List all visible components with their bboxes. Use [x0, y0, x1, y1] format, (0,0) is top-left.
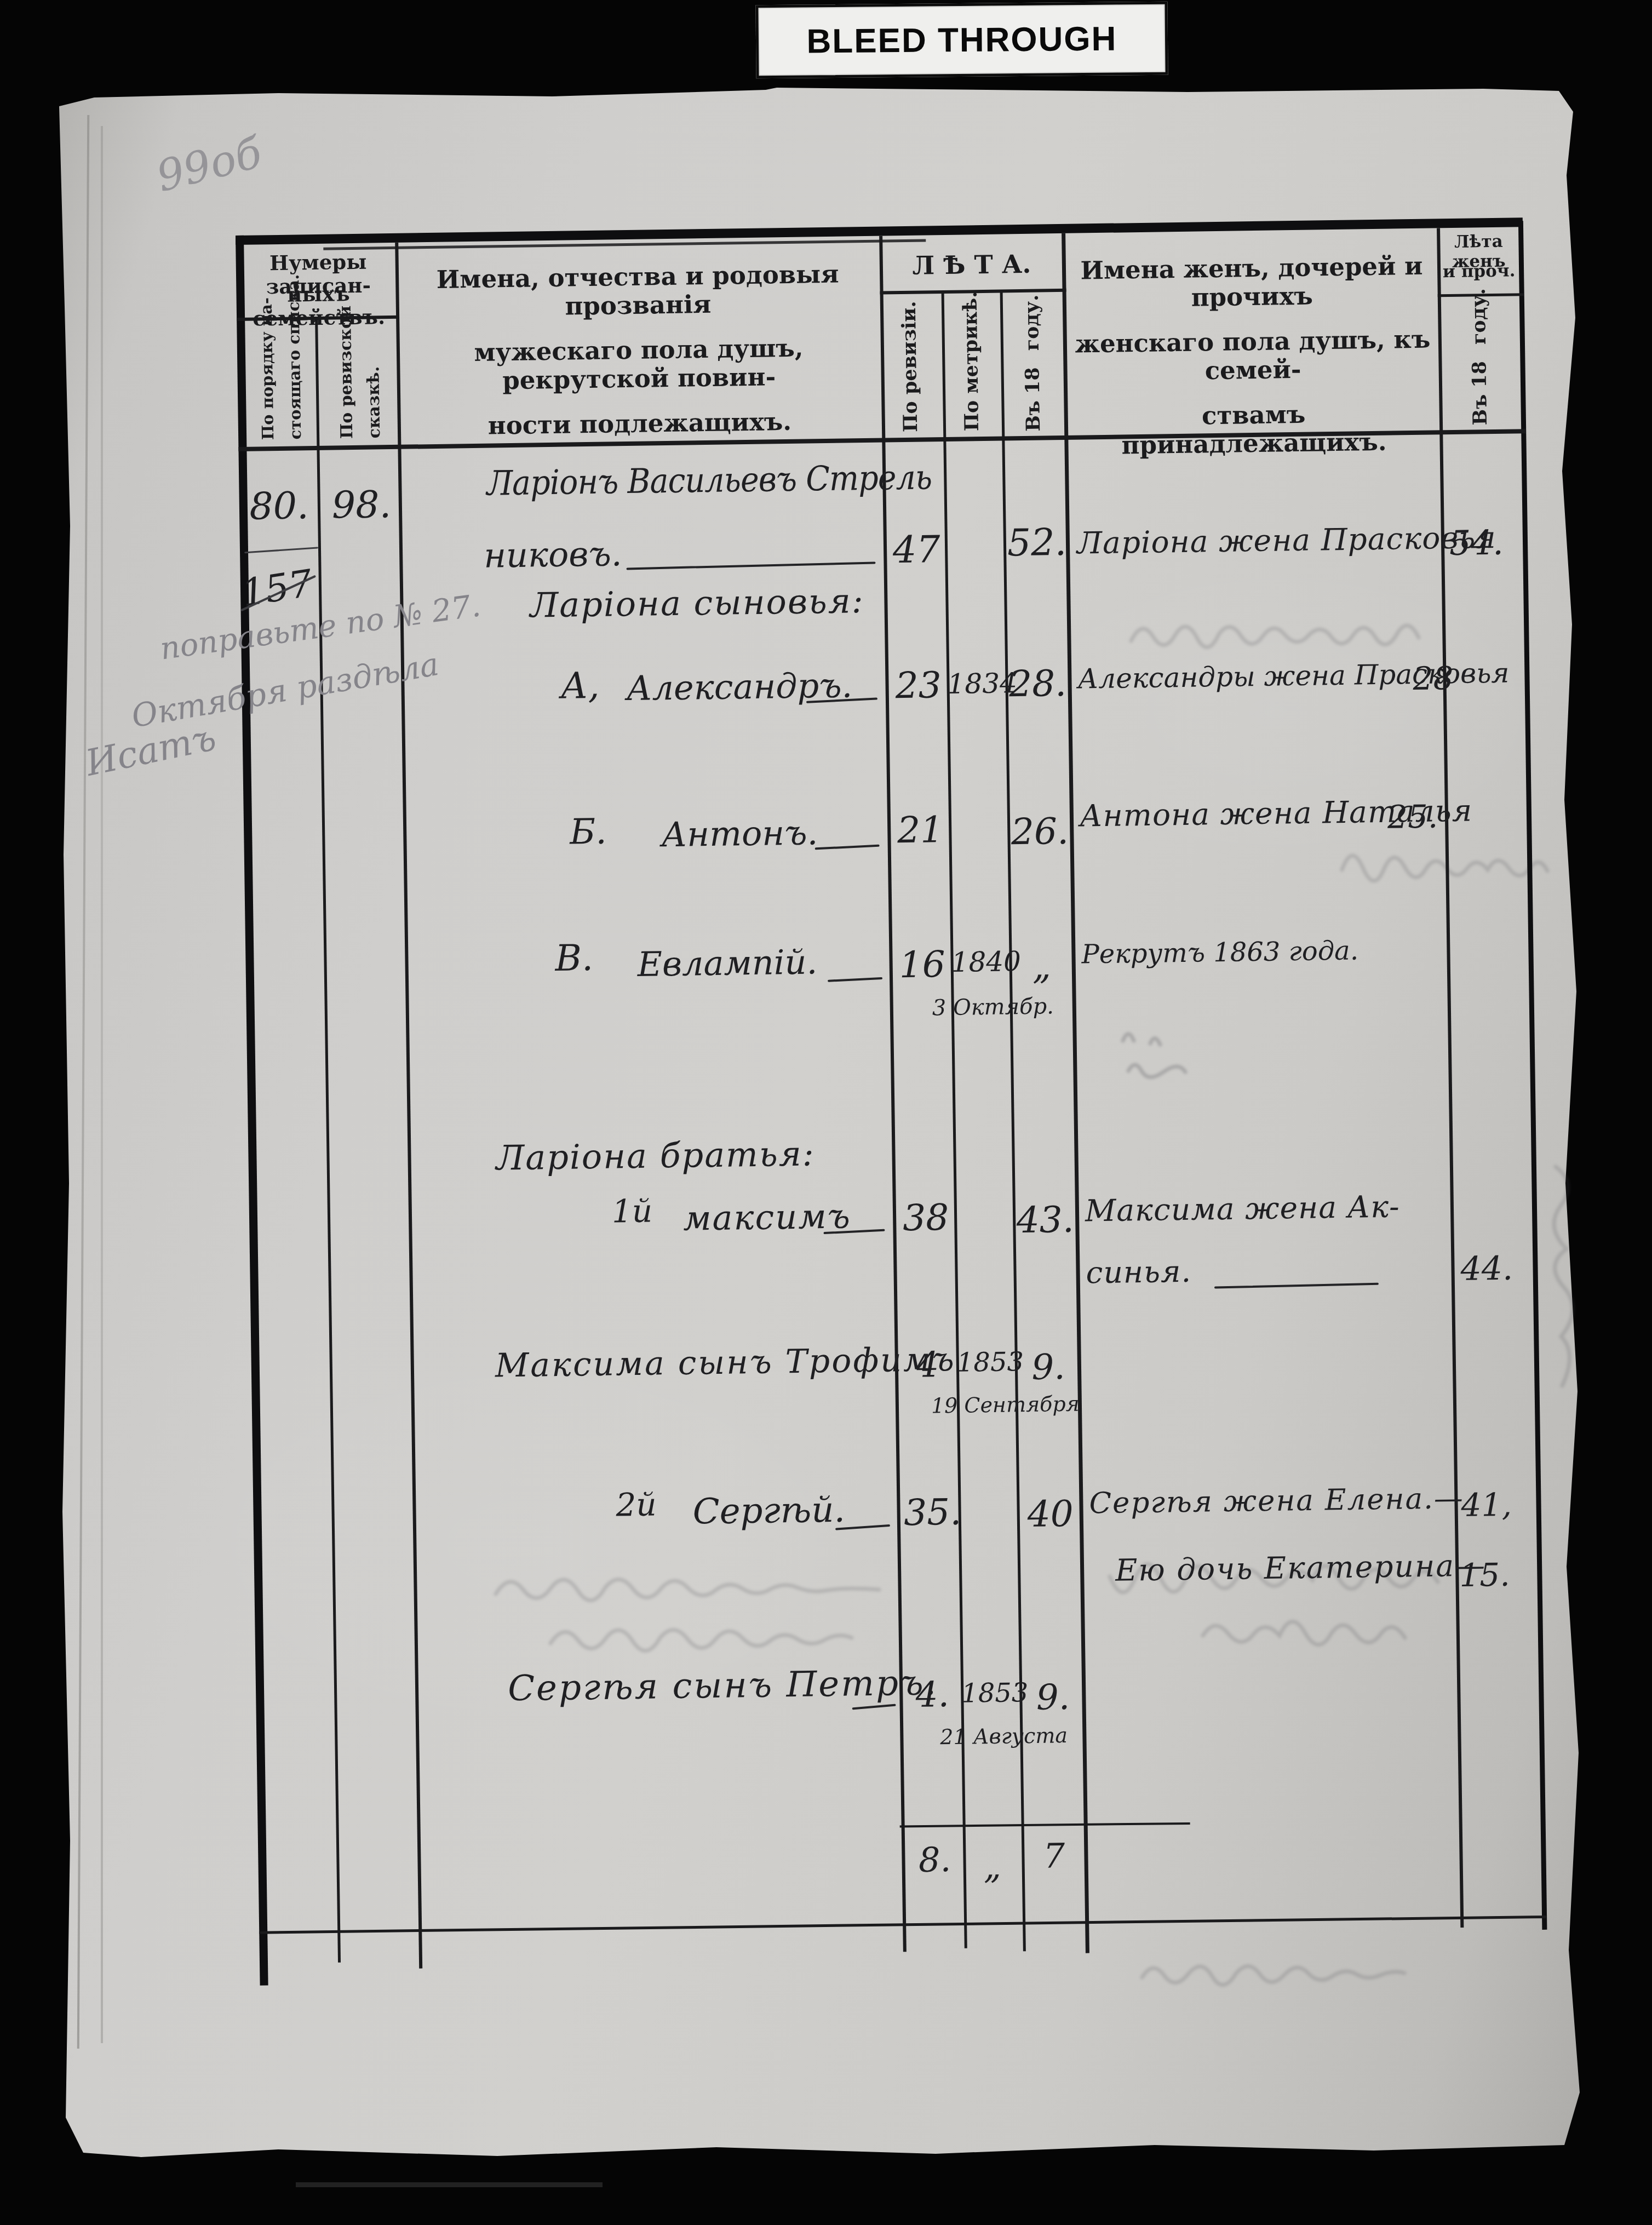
register-table: Нумеры записан- ныхъ семействъ. По поряд…: [236, 217, 1547, 2021]
female-entry-cont: синья.: [1086, 1257, 1191, 1288]
male-entry-name: максимъ: [683, 1199, 852, 1235]
total-by-metric: „: [963, 1849, 1021, 1884]
entry-letter: В.: [555, 940, 593, 977]
filler-dash: [815, 845, 880, 850]
header-in-year-end: году.: [1021, 294, 1044, 351]
filler-dash: [1214, 1283, 1379, 1289]
female-entry-daughter: Ею дочь Екатерина—: [1115, 1550, 1487, 1585]
header-years-title: Л Ѣ Т А.: [880, 249, 1064, 281]
female-entry: Ларіона жена Прасковья: [1077, 523, 1496, 559]
scanned-document-page: BLEED THROUGH 99об Нумеры записан- ныхъ …: [0, 0, 1652, 2225]
filler-dash: [852, 1704, 896, 1710]
header-female-in-year-start: Въ 18: [1469, 361, 1492, 426]
family-no-revision: 98.: [325, 486, 397, 525]
female-age: 44.: [1460, 1252, 1513, 1286]
header-in-year: Въ 18 году.: [1021, 294, 1045, 432]
scan-artifact: [296, 2182, 603, 2187]
entry-ordinal: 2й: [616, 1488, 657, 1521]
header-order-col-line1: По порядку на-: [257, 318, 277, 440]
filler-dash: [828, 977, 882, 982]
header-revision-tale-line2: сказкѣ.: [364, 317, 385, 438]
age-by-metric: 1840: [951, 948, 1008, 976]
female-entry: Сергѣя жена Елена.—: [1089, 1484, 1464, 1518]
header-order-col-line2: стоящаго списка.: [285, 318, 305, 439]
age-current: 9.: [1023, 1680, 1083, 1716]
bleed-through-label: BLEED THROUGH: [806, 19, 1117, 61]
header-female-names-line2: женскаго пола душъ, къ семей-: [1067, 325, 1439, 387]
female-entry: Максима жена Ак-: [1085, 1191, 1400, 1226]
age-by-revision: 16: [894, 947, 950, 983]
male-entry-name-cont: никовъ.: [484, 537, 622, 573]
bleed-through-sign: BLEED THROUGH: [755, 2, 1168, 79]
age-current: 52.: [1007, 524, 1068, 563]
age-by-revision: 4: [900, 1347, 955, 1383]
age-by-revision: 23: [891, 667, 946, 704]
age-by-metric: 1834: [947, 669, 1005, 697]
grid-col-divider: [1437, 228, 1464, 1928]
family-no-list: 80.: [244, 488, 313, 526]
page-edge-line: [101, 126, 103, 2043]
header-female-in-year: Въ 18 году.: [1468, 288, 1492, 426]
filler-dash: [627, 561, 876, 570]
male-entry-name: Сергѣй.: [692, 1493, 845, 1530]
recruit-note: Рекрутъ 1863 года.: [1081, 938, 1358, 968]
age-current: 43.: [1015, 1202, 1076, 1239]
female-age: 15.: [1459, 1559, 1510, 1591]
age-current: 40: [1020, 1496, 1081, 1533]
header-by-revision: По ревизіи.: [898, 306, 922, 433]
female-age: 54.: [1449, 526, 1504, 560]
entry-ordinal: 1й: [612, 1195, 653, 1228]
header-revision-tale-line1: По ревизской: [336, 317, 357, 439]
female-age: 41,: [1461, 1489, 1512, 1521]
grid-col-divider: [395, 243, 422, 1969]
male-entry-name: Евлампій.: [637, 945, 817, 982]
group-heading-sons: Ларіона сыновья:: [530, 584, 864, 623]
grid-col-divider: [315, 318, 341, 1963]
header-male-names-line3: ности подлежащихъ.: [398, 406, 882, 441]
pre-totals-rule: [900, 1822, 1190, 1828]
header-female-names-line1: Имена женъ, дочерей и прочихъ: [1066, 251, 1438, 313]
metric-date: 3 Октябр.: [932, 995, 1054, 1019]
total-current: 7: [1024, 1839, 1085, 1874]
metric-date: 19 Сентября: [931, 1394, 1080, 1417]
entry-letter: Б.: [570, 815, 607, 850]
header-female-years-line2: и проч.: [1437, 261, 1521, 282]
female-age: 25.: [1387, 800, 1438, 833]
male-entry-name: Сергѣя сынъ Петръ.: [508, 1665, 938, 1706]
age-current: 26.: [1009, 813, 1070, 851]
header-by-metric: По метрикѣ.: [960, 305, 983, 432]
age-by-metric: 1853: [957, 1349, 1014, 1375]
total-by-revision: 8.: [907, 1843, 962, 1877]
age-current: „: [1011, 948, 1072, 985]
header-female-names-line3: ствамъ принадлежащихъ.: [1068, 398, 1439, 460]
age-current: 9.: [1018, 1350, 1079, 1386]
female-age: 28: [1413, 662, 1454, 695]
metric-date: 21 Августа: [940, 1725, 1068, 1747]
number-underline: [244, 547, 318, 553]
male-entry-name: Ларіонъ Васильевъ Стрель: [486, 460, 932, 500]
age-by-metric: 1853: [961, 1679, 1019, 1706]
header-male-names-line1: Имена, отчества и родовыя прозванія: [395, 260, 880, 323]
age-by-revision: 35.: [902, 1494, 963, 1532]
age-by-revision: 4.: [905, 1677, 960, 1713]
header-in-year-start: Въ 18: [1022, 367, 1045, 432]
header-male-names-line2: мужескаго пола душъ, рекрутской повин-: [397, 333, 881, 397]
group-heading-brothers: Ларіона братья:: [496, 1137, 815, 1175]
header-female-in-year-end: году.: [1468, 288, 1491, 345]
age-by-revision: 38: [898, 1200, 954, 1236]
entry-letter: А,: [560, 668, 600, 704]
male-entry-name: Максима сынъ Трофимъ: [495, 1343, 956, 1383]
male-entry-name: Антонъ.: [661, 816, 818, 852]
age-by-revision: 47: [889, 531, 944, 569]
age-by-revision: 21: [893, 812, 948, 848]
age-current: 28.: [1007, 666, 1068, 703]
